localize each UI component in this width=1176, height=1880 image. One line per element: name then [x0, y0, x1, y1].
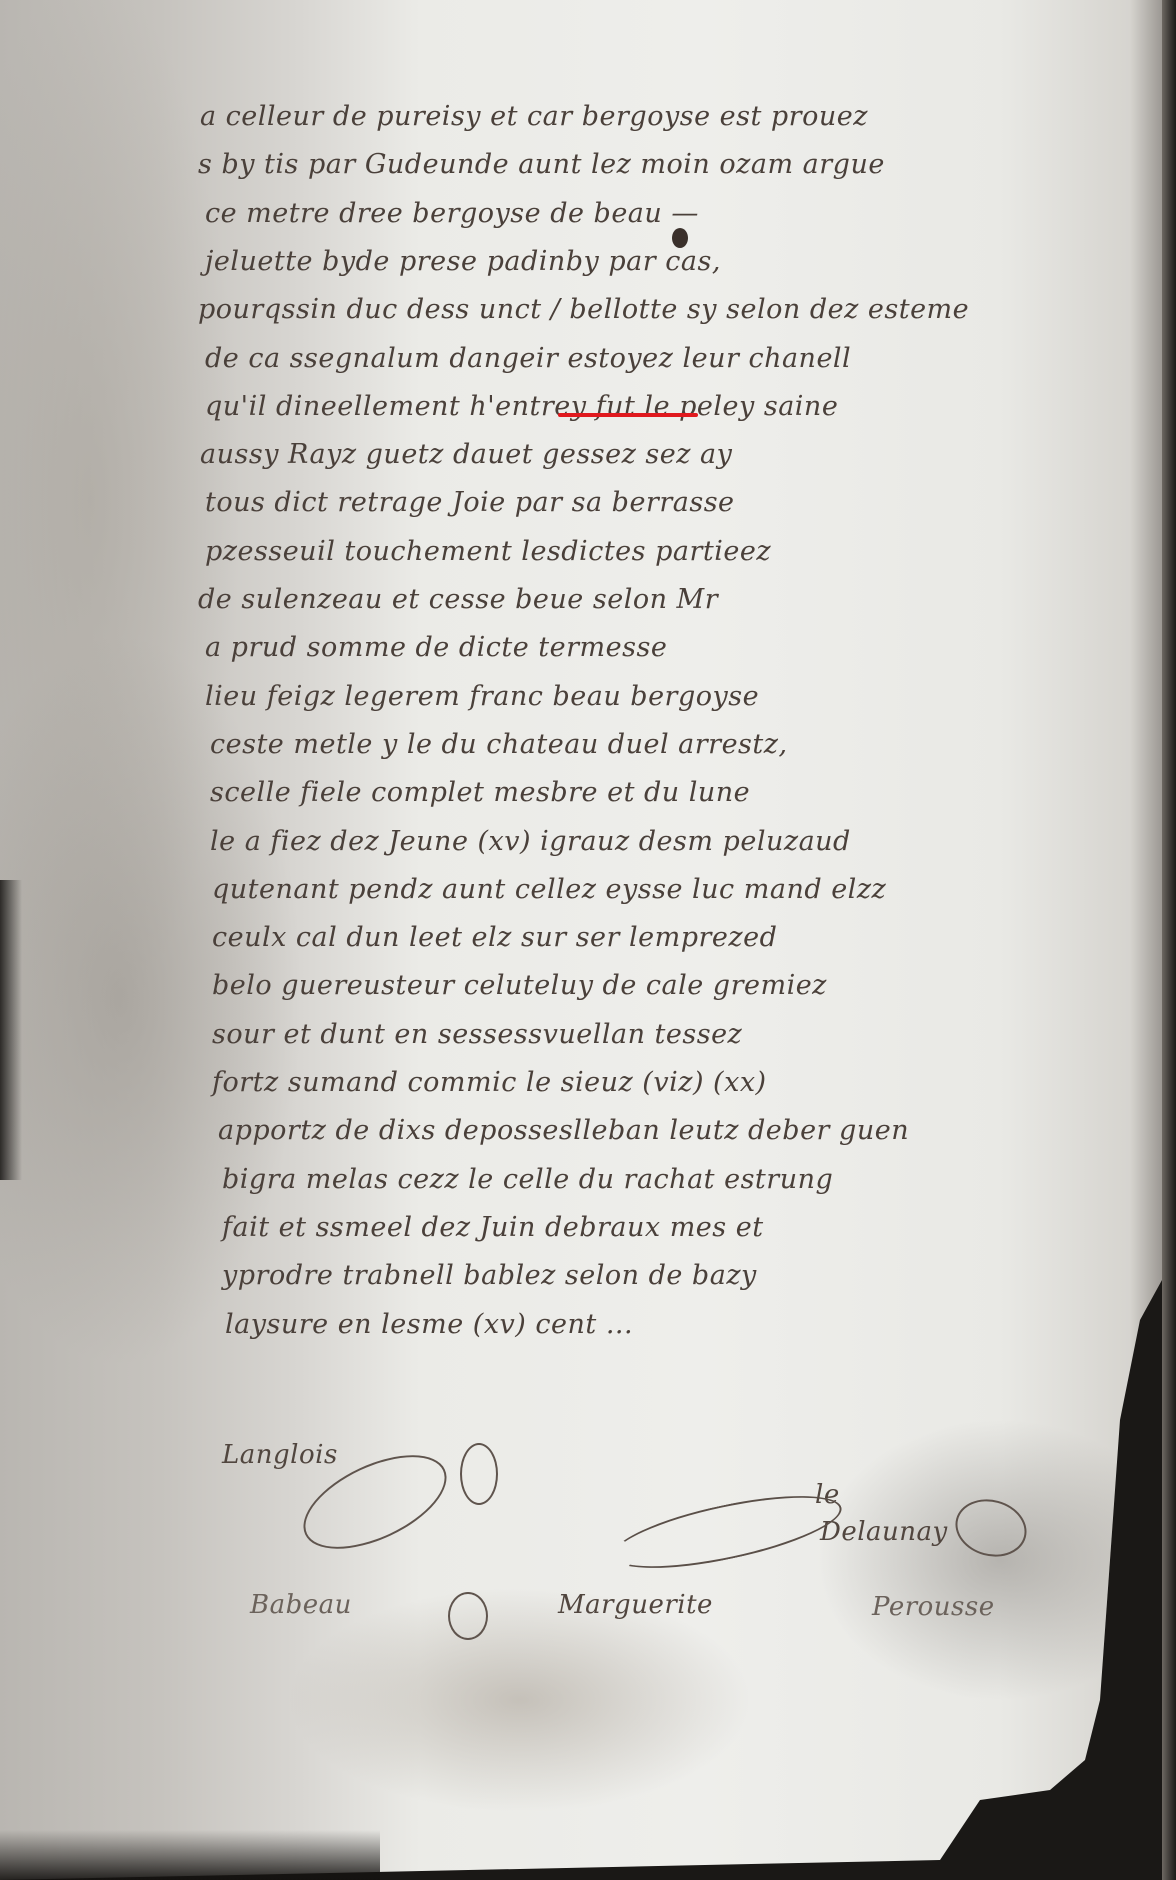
seal-mark-2 — [448, 1592, 488, 1640]
manuscript-line: qutenant pendz aunt cellez eysse luc man… — [212, 873, 886, 907]
manuscript-line: pzesseuil touchement lesdictes partieez — [205, 535, 771, 569]
signature-babeau: Babeau — [250, 1590, 352, 1620]
seal-mark — [460, 1443, 498, 1505]
manuscript-line: tous dict retrage Joie par sa berrasse — [205, 486, 735, 520]
manuscript-line: a celleur de pureisy et car bergoyse est… — [200, 100, 868, 134]
manuscript-line: bigra melas cezz le celle du rachat estr… — [222, 1163, 833, 1197]
manuscript-line: scelle fiele complet mesbre et du lune — [210, 776, 750, 810]
manuscript-line: ce metre dree bergoyse de beau — — [205, 197, 699, 231]
manuscript-line: belo guereusteur celuteluy de cale gremi… — [212, 969, 827, 1003]
manuscript-line: apportz de dixs deposseslleban leutz deb… — [218, 1114, 909, 1148]
signature-marguerite: Marguerite — [558, 1590, 713, 1620]
binding-edge — [1162, 0, 1176, 1880]
signature-langlois: Langlois — [222, 1440, 338, 1470]
manuscript-line: sour et dunt en sessessvuellan tessez — [212, 1018, 742, 1052]
manuscript-line: ceulx cal dun leet elz sur ser lemprezed — [212, 921, 777, 955]
manuscript-line: pourqssin duc dess unct / bellotte sy se… — [198, 293, 969, 327]
manuscript-line: de sulenzeau et cesse beue selon Mr — [198, 583, 718, 617]
manuscript-line: de ca ssegnalum dangeir estoyez leur cha… — [205, 342, 851, 376]
signature-delaunay: Delaunay — [820, 1517, 948, 1547]
manuscript-line: s by tis par Gudeunde aunt lez moin ozam… — [198, 148, 885, 182]
manuscript-line: laysure en lesme (xv) cent ... — [225, 1308, 633, 1342]
manuscript-line: lieu feigz legerem franc beau bergoyse — [205, 680, 759, 714]
bottom-edge-shadow — [0, 1830, 380, 1880]
manuscript-line: ceste metle y le du chateau duel arrestz… — [210, 728, 788, 762]
manuscript-line: fait et ssmeel dez Juin debraux mes et — [222, 1211, 764, 1245]
left-edge-shadow — [0, 880, 22, 1180]
manuscript-line: jeluette byde prese padinby par cas, — [205, 245, 721, 279]
manuscript-line: fortz sumand commic le sieuz (viz) (xx) — [212, 1066, 767, 1100]
manuscript-line: a prud somme de dicte termesse — [205, 631, 667, 665]
manuscript-line: aussy Rayz guetz dauet gessez sez ay — [200, 438, 732, 472]
manuscript-line: qu'il dineellement h'entrey fut le peley… — [205, 390, 838, 424]
red-underline-annotation — [558, 413, 698, 417]
manuscript-line: le a fiez dez Jeune (xv) igrauz desm pel… — [210, 825, 851, 859]
signature-perousse: Perousse — [872, 1592, 995, 1622]
manuscript-line: yprodre trabnell bablez selon de bazy — [222, 1259, 757, 1293]
